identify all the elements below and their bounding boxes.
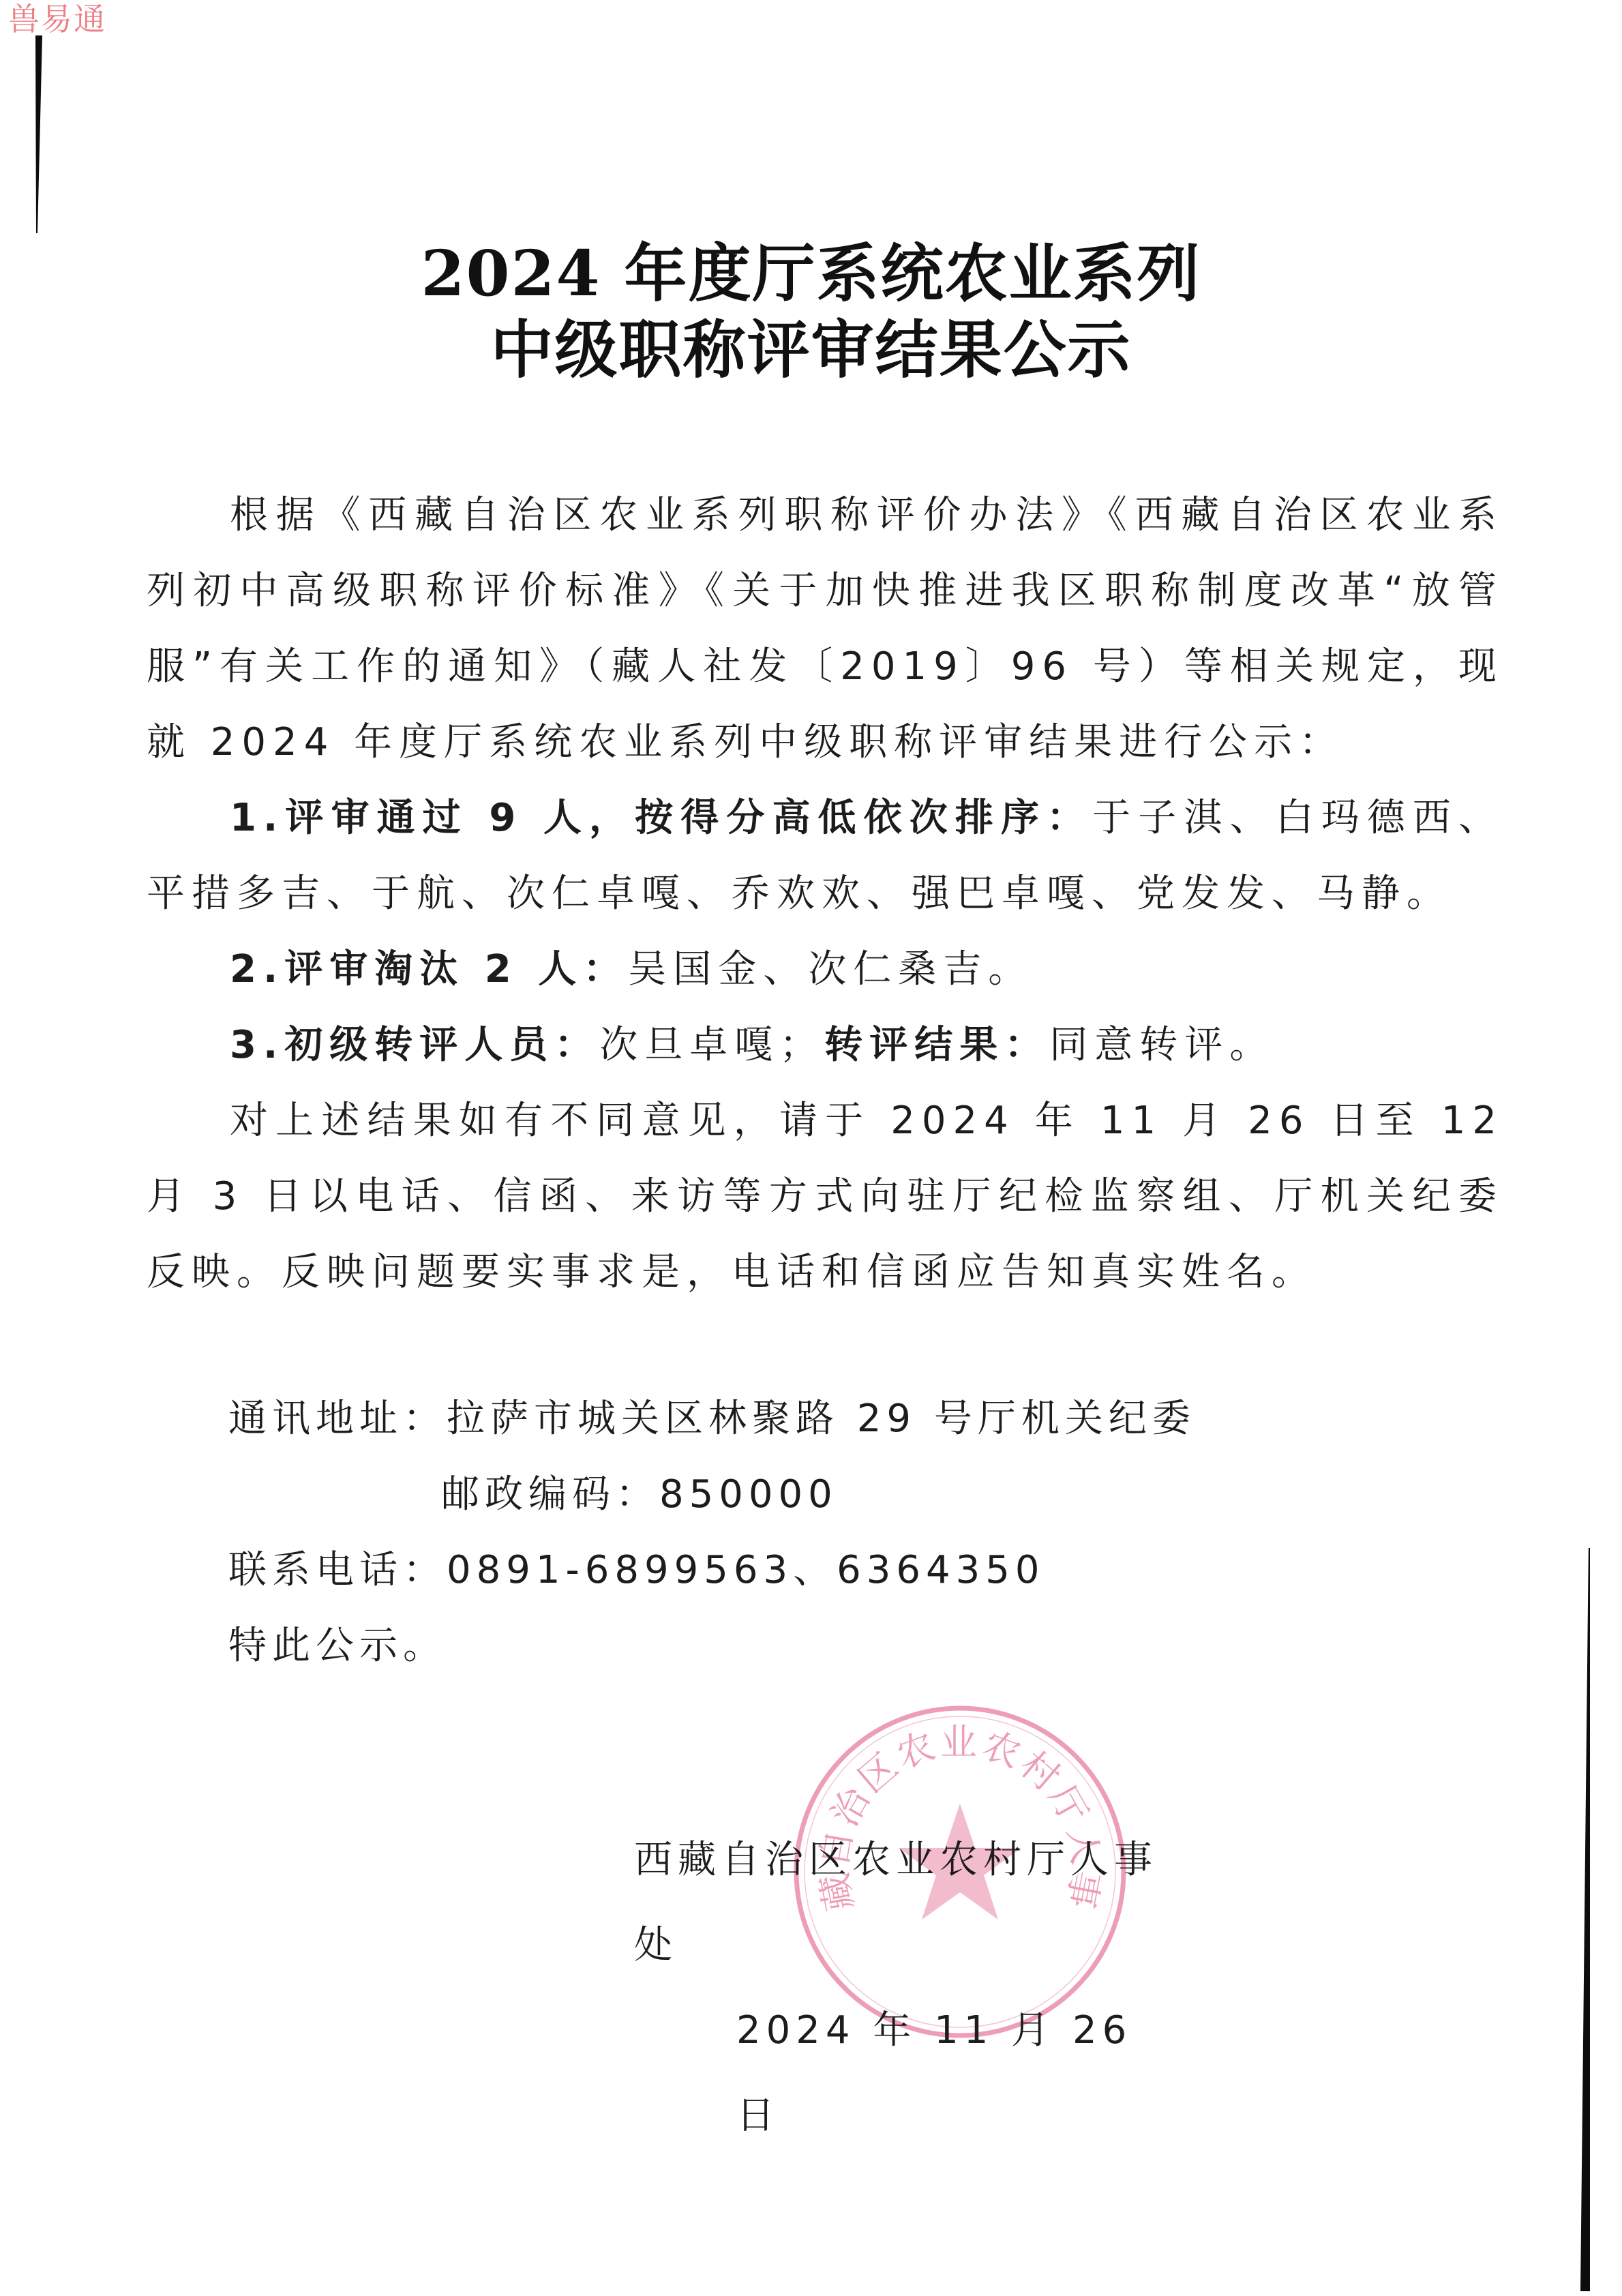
postcode-row: 邮政编码：850000: [228, 1457, 1196, 1532]
postcode-label: 邮政编码：: [441, 1472, 659, 1517]
closing-text: 特此公示。: [228, 1608, 1196, 1684]
scan-edge-left: [35, 35, 42, 233]
transfer-result-label: 转评结果：: [824, 1023, 1049, 1067]
transfer-names: 次旦卓嘎；: [599, 1023, 824, 1067]
watermark: 兽易通: [8, 0, 106, 38]
phone-label: 联系电话：: [228, 1548, 447, 1592]
result-item-label: 3.初级转评人员：: [230, 1023, 599, 1067]
scan-edge-right: [1580, 1548, 1590, 2291]
objection-paragraph: 对上述结果如有不同意见，请于 2024 年 11 月 26 日至 12 月 3 …: [147, 1083, 1503, 1310]
address-value: 拉萨市城关区林聚路 29 号厅机关纪委: [447, 1397, 1196, 1441]
title-line-2: 中级职称评审结果公示: [0, 312, 1622, 388]
issuing-department: 西藏自治区农业农村厅人事处: [634, 1817, 1180, 1988]
postcode-value: 850000: [659, 1472, 838, 1517]
transfer-result: 同意转评。: [1049, 1023, 1274, 1067]
phone-value: 0891-6899563、6364350: [447, 1548, 1045, 1592]
eliminated-names: 吴国金、次仁桑吉。: [628, 947, 1033, 992]
result-item-eliminated: 2.评审淘汰 2 人：吴国金、次仁桑吉。: [147, 931, 1503, 1007]
result-item-label: 2.评审淘汰 2 人：: [230, 947, 628, 992]
issue-date: 2024 年 11 月 26 日: [634, 1988, 1180, 2158]
title-line-1: 2024 年度厅系统农业系列: [0, 235, 1622, 312]
signature-block: 西藏自治区农业农村厅人事处 2024 年 11 月 26 日: [634, 1817, 1180, 2158]
address-label: 通讯地址：: [228, 1397, 447, 1441]
result-item-label: 1.评审通过 9 人，按得分高低依次排序：: [230, 796, 1092, 840]
document-title: 2024 年度厅系统农业系列 中级职称评审结果公示: [0, 235, 1622, 388]
result-item-transfer: 3.初级转评人员：次旦卓嘎；转评结果：同意转评。: [147, 1007, 1503, 1083]
document-body: 根据《西藏自治区农业系列职称评价办法》《西藏自治区农业系列初中高级职称评价标准》…: [147, 477, 1503, 1310]
contact-block: 通讯地址：拉萨市城关区林聚路 29 号厅机关纪委 邮政编码：850000 联系电…: [228, 1381, 1196, 1684]
intro-paragraph: 根据《西藏自治区农业系列职称评价办法》《西藏自治区农业系列初中高级职称评价标准》…: [147, 477, 1503, 780]
phone-row: 联系电话：0891-6899563、6364350: [228, 1532, 1196, 1608]
address-row: 通讯地址：拉萨市城关区林聚路 29 号厅机关纪委: [228, 1381, 1196, 1457]
result-item-passed: 1.评审通过 9 人，按得分高低依次排序：于子淇、白玛德西、平措多吉、于航、次仁…: [147, 780, 1503, 931]
